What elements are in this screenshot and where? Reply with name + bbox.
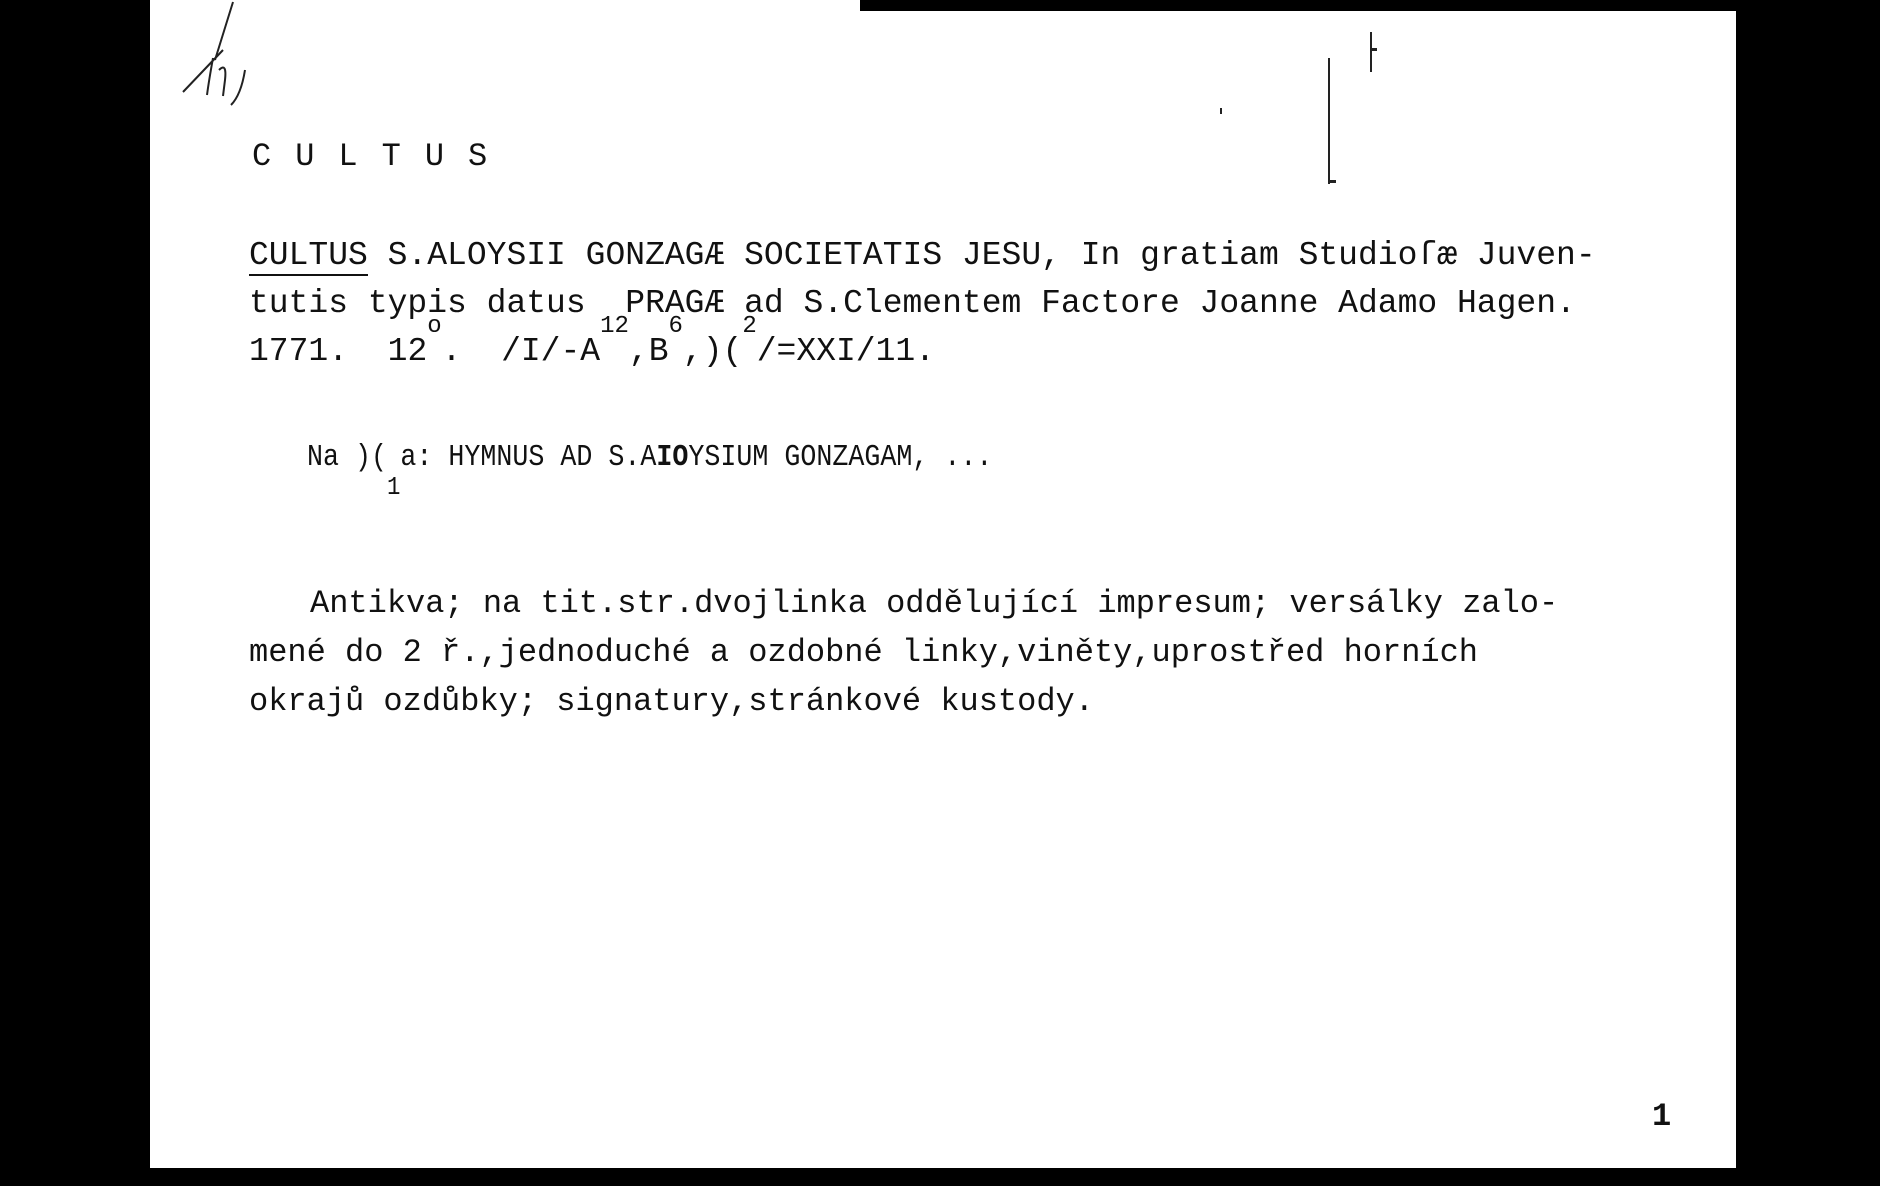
scan-border-bottom <box>0 1168 1880 1186</box>
entry-line-3: 1771. 12o. /I/-A12,B6,)(2/=XXI/11. <box>249 333 935 370</box>
description-line-3: okrajů ozdůbky; signatury,stránkové kust… <box>249 683 1094 720</box>
pencil-mark <box>1328 58 1330 184</box>
card-number: 1 <box>1652 1098 1671 1135</box>
description-line-1: Antikva; na tit.str.dvojlinka oddělující… <box>310 585 1558 622</box>
title-keyword: CULTUS <box>249 237 368 276</box>
overstrike: IO <box>656 440 688 475</box>
scan-border-top <box>860 0 1880 11</box>
entry-line-1: CULTUS S.ALOYSII GONZAGÆ SOCIETATIS JESU… <box>249 237 1596 274</box>
description-line-2: mené do 2 ř.,jednoduché a ozdobné linky,… <box>249 634 1478 671</box>
contents-note: Na )(1a: HYMNUS AD S.AIOYSIUM GONZAGAM, … <box>307 440 992 475</box>
pencil-mark <box>1370 48 1377 51</box>
handwritten-mark-icon <box>175 0 285 110</box>
pencil-mark <box>1370 32 1372 72</box>
pencil-mark <box>1328 180 1336 183</box>
entry-line-2: tutis typis datus PRAGÆ ad S.Clementem F… <box>249 285 1576 322</box>
card-heading: CULTUS <box>252 138 511 175</box>
pencil-mark <box>1220 108 1222 114</box>
